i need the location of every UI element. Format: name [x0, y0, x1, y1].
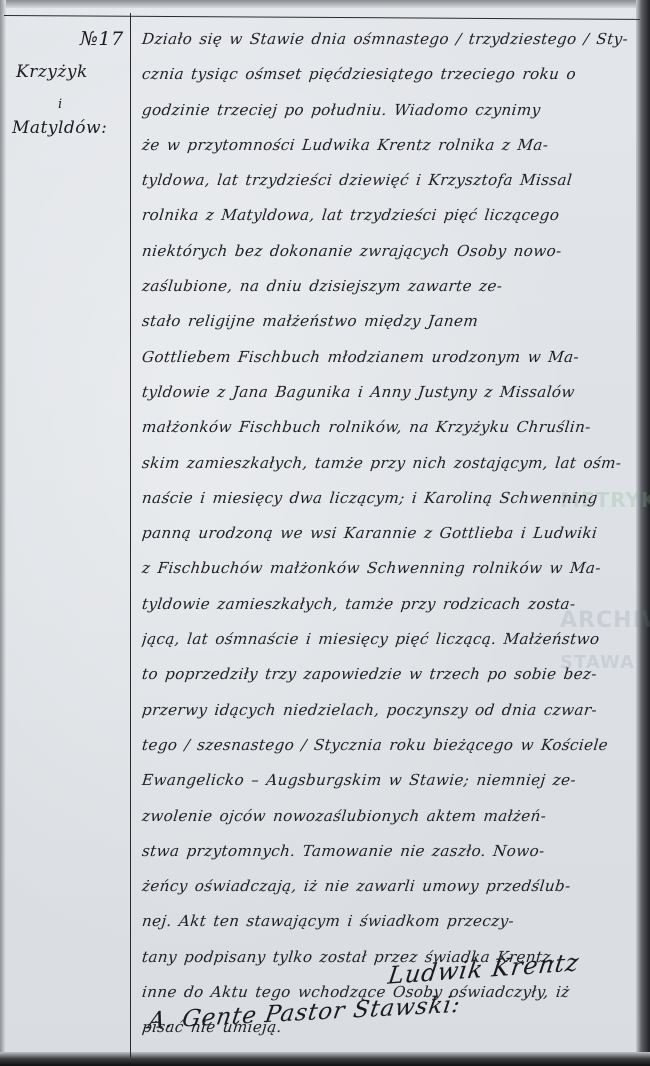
record-line: tyldowie zamieszkałych, tamże przy rodzi… [140, 587, 636, 622]
record-line: cznia tysiąc ośmset pięćdziesiątego trze… [140, 57, 636, 92]
record-line: to poprzedziły trzy zapowiedzie w trzech… [140, 657, 636, 692]
record-line: nej. Akt ten stawającym i świadkom przec… [140, 904, 636, 939]
margin-ruled-line [130, 13, 131, 1058]
record-line: rolnika z Matyldowa, lat trzydzieści pię… [140, 198, 636, 233]
record-line: żeńcy oświadczają, iż nie zawarli umowy … [140, 869, 636, 904]
record-line: z Fischbuchów małżonków Schwenning rolni… [140, 551, 636, 586]
record-line: jącą, lat ośmnaście i miesięcy pięć licz… [140, 622, 636, 657]
record-line: tyldowa, lat trzydzieści dziewięć i Krzy… [140, 163, 636, 198]
record-body: Działo się w Stawie dnia ośmnastego / tr… [142, 22, 634, 1046]
record-line: godzinie trzeciej po południu. Wiadomo c… [140, 93, 636, 128]
record-line: zwolenie ojców nowozaślubionych aktem ma… [140, 799, 636, 834]
record-line: przerwy idących niedzielach, poczynszy o… [140, 693, 636, 728]
record-line: panną urodzoną we wsi Karannie z Gottlie… [140, 516, 636, 551]
margin-place-1: Krzyżyk [16, 64, 88, 81]
record-line: zaślubione, na dniu dzisiejszym zawarte … [140, 269, 636, 304]
scan-edge-left [0, 0, 6, 1066]
scan-edge-right-shadow [636, 0, 650, 1066]
record-line: Ewangelicko – Augsburgskim w Stawie; nie… [140, 763, 636, 798]
record-line: Gottliebem Fischbuch młodzianem urodzony… [140, 340, 636, 375]
scan-edge-bottom-shadow [0, 1052, 650, 1066]
record-line: niektórych bez dokonanie zwrających Osob… [140, 234, 636, 269]
scan-edge-top [0, 0, 650, 8]
record-line: stwa przytomnych. Tamowanie nie zaszło. … [140, 834, 636, 869]
margin-conjunction: i [58, 98, 63, 111]
record-line: skim zamieszkałych, tamże przy nich zost… [140, 446, 636, 481]
top-ruled-line [4, 15, 640, 20]
margin-place-2: Matyldów: [12, 120, 107, 137]
record-line: tego / szesnastego / Stycznia roku bieżą… [140, 728, 636, 763]
record-number: №17 [80, 30, 124, 49]
record-line: tyldowie z Jana Bagunika i Anny Justyny … [140, 375, 636, 410]
record-line: że w przytomności Ludwika Krentz rolnika… [140, 128, 636, 163]
record-line: małżonków Fischbuch rolników, na Krzyżyk… [140, 410, 636, 445]
record-line: stało religijne małżeństwo między Janem [140, 304, 636, 339]
record-line: Działo się w Stawie dnia ośmnastego / tr… [140, 22, 636, 57]
record-line: naście i miesięcy dwa liczącym; i Karoli… [140, 481, 636, 516]
register-page: METRYKI ARCHIWUM STAWA №17 Krzyżyk i Mat… [0, 0, 650, 1066]
